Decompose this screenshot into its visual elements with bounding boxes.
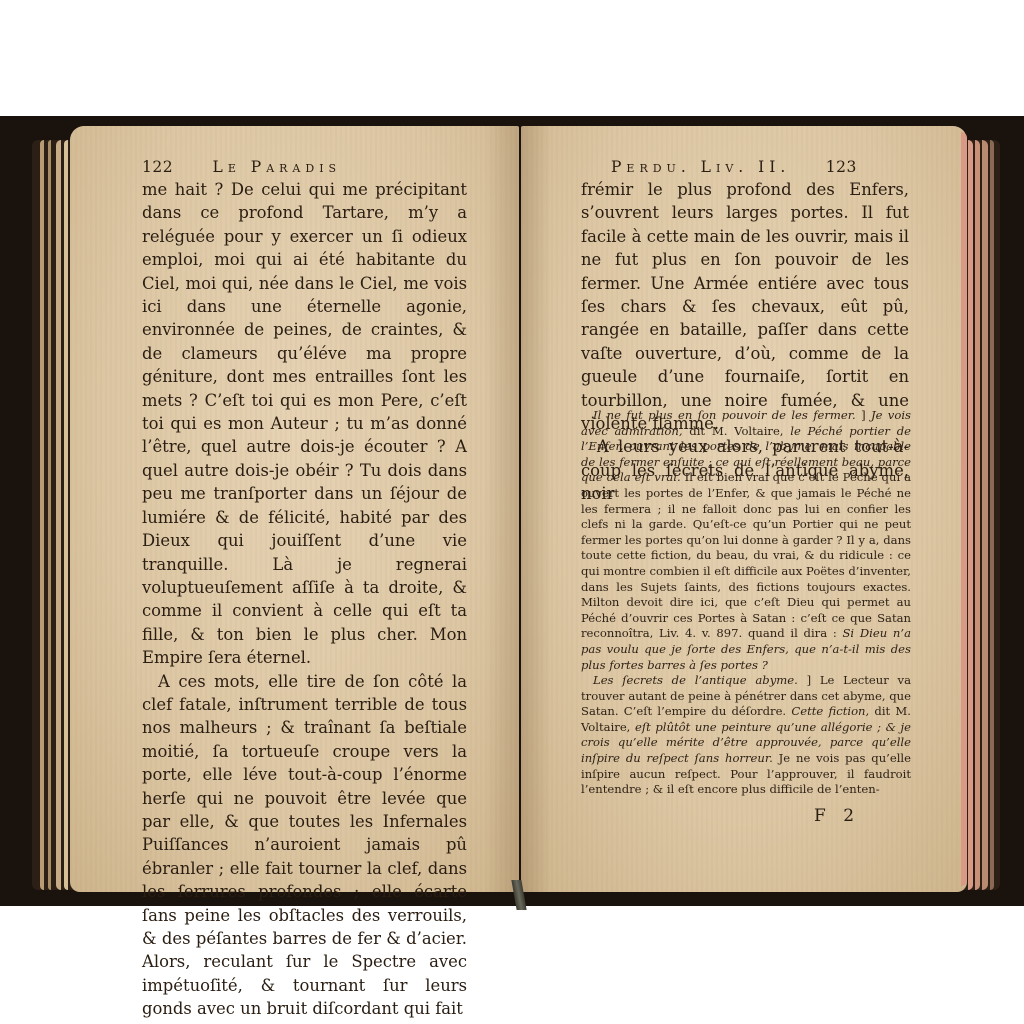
right-page-stack-edge	[960, 140, 1008, 890]
running-head-title: Le Paradis	[213, 158, 342, 176]
right-page: Perdu. Liv. II. 123 frémir le plus profo…	[521, 126, 967, 892]
page-number: 123	[826, 158, 857, 176]
paragraph: me hait ? De celui qui me précipitant da…	[142, 178, 467, 670]
gutter-shadow	[485, 126, 519, 892]
gutter-shadow	[521, 126, 551, 892]
footnote-lemma: Les ſecrets de l’antique abyme.	[593, 673, 798, 687]
page-number: 122	[142, 158, 173, 176]
footnote: Il ne fut plus en ſon pouvoir de les fer…	[581, 408, 911, 673]
running-head-title: Perdu. Liv. II.	[611, 158, 790, 176]
left-page: 122 Le Paradis me hait ? De celui qui me…	[70, 126, 519, 892]
footnote-lemma: Il ne fut plus en ſon pouvoir de les fer…	[593, 408, 856, 422]
footnotes: Il ne fut plus en ſon pouvoir de les fer…	[581, 408, 911, 798]
signature-mark: F 2	[814, 806, 860, 826]
running-head-right: Perdu. Liv. II. 123	[611, 158, 941, 176]
paragraph: frémir le plus profond des Enfers, s’ouv…	[581, 178, 909, 435]
paragraph: A ces mots, elle tire de ſon côté la cle…	[142, 670, 467, 1021]
footnote-run: Il eſt bien vrai que c’eſt le Péché qui …	[581, 470, 911, 640]
footnote-quote: Cette fiction,	[791, 704, 869, 718]
footnote-run: dit M. Voltaire,	[683, 424, 791, 438]
fore-edge-red	[961, 132, 967, 886]
footnote: Les ſecrets de l’antique abyme. ] Le Lec…	[581, 673, 911, 798]
left-page-body: me hait ? De celui qui me précipitant da…	[142, 178, 467, 1021]
footnote-text: Je vois avec admiration, dit M. Voltaire…	[581, 408, 911, 672]
running-head-left: 122 Le Paradis	[142, 158, 442, 176]
footnote-text: Le Lecteur va trouver autant de peine à …	[581, 673, 911, 796]
